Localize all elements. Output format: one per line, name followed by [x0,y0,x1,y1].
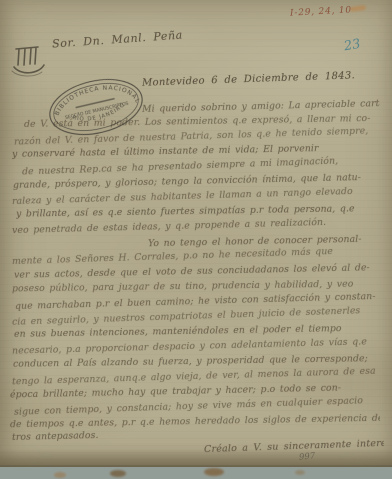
orange-mark [350,5,367,12]
catalog-number: I-29, 24, 10 [290,5,352,18]
dateline: Montevideo 6 de Diciembre de 1843. [142,70,355,88]
blue-page-number: 23 [343,37,362,55]
letter-page: I-29, 24, 10 23 Sor. Dn. Manl. Peña BIBL… [0,0,392,467]
bottom-stain-1 [110,470,126,477]
pen-doodle-icon [8,42,52,86]
pencil-number: 997 [299,451,316,462]
letter-line-1: Mi querido sobrino y amigo: La apreciabl… [142,98,380,115]
paper-bottom-fold [0,449,392,467]
letter-line-23: tros antepasados. [12,430,99,443]
recipient-line: Sor. Dn. Manl. Peña [52,28,184,50]
bottom-stain-2 [204,468,224,476]
bottom-stain-4 [295,470,305,475]
bottom-stain-3 [54,472,66,478]
letter-line-9: veo penetrada de estas ideas, y q.e prop… [12,217,326,236]
